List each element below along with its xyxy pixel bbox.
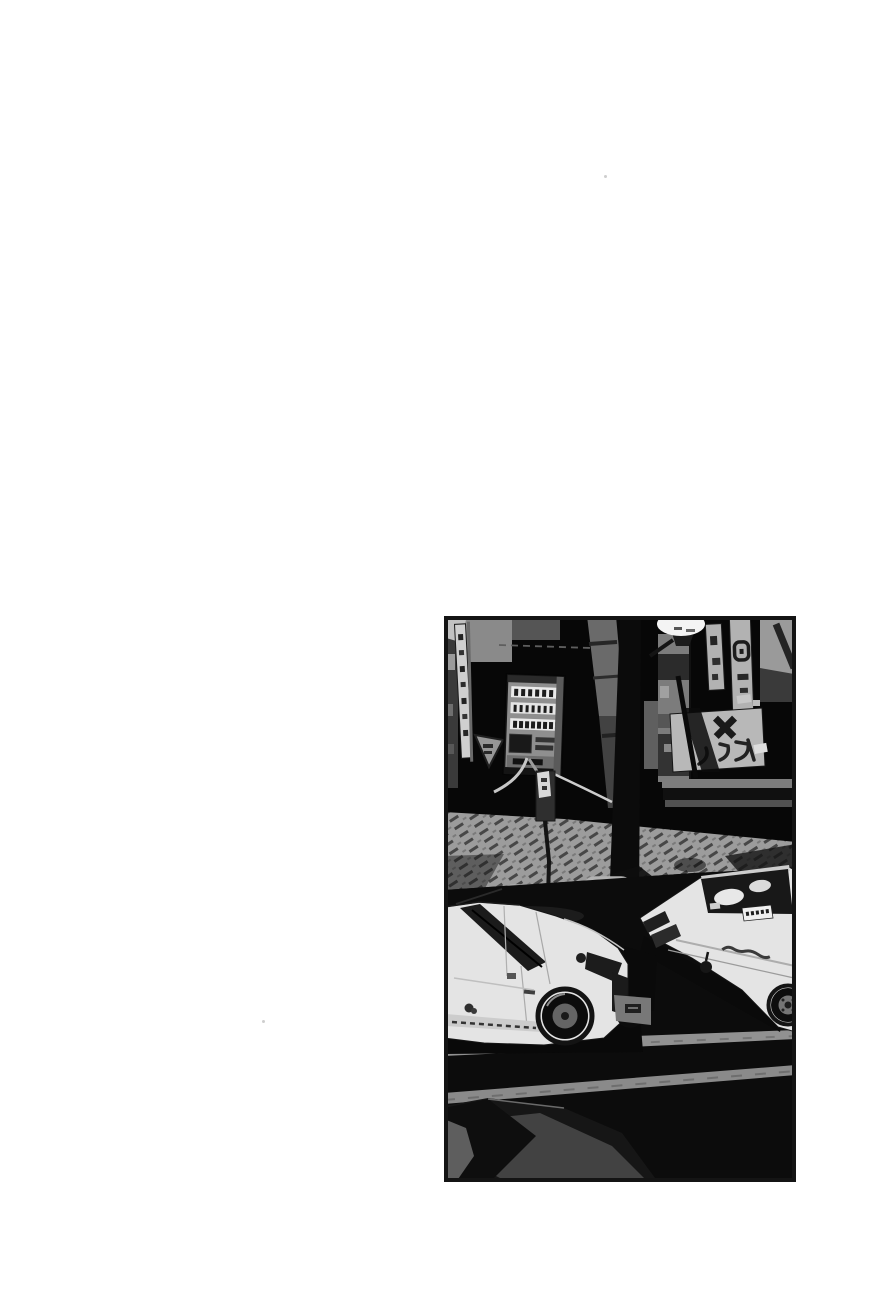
vending-machine: vending machine: [502, 673, 566, 777]
scan-speck: [604, 175, 607, 178]
manga-panel: vending machine: [444, 616, 796, 1182]
scan-speck: [262, 1020, 265, 1023]
fender-mirror: [700, 961, 712, 973]
panel-art: vending machine: [444, 616, 796, 1182]
manga-page: vending machine: [0, 0, 894, 1300]
